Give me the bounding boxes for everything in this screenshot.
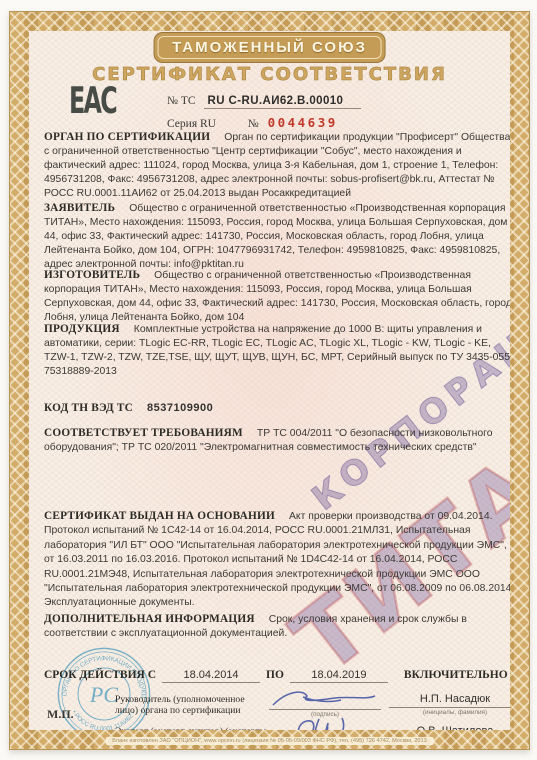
certificate-number-line: № ТСRU C-RU.АИ62.В.00010 (167, 95, 361, 107)
series-number: 0044639 (268, 115, 338, 130)
expert-name-text: О.В. Шатилова (389, 725, 510, 730)
head-name: Н.П. Насадюк (инициалы, фамилия) (389, 693, 510, 716)
name-caption: (инициалы, фамилия) (389, 709, 510, 716)
expert-name: О.В. Шатилова (инициалы, фамилия) (389, 725, 510, 730)
section-label: ПРОДУКЦИЯ (44, 323, 134, 335)
customs-union-badge: ТАМОЖЕННЫЙ СОЮЗ (153, 32, 386, 63)
section-label: ЗАЯВИТЕЛЬ (44, 202, 129, 214)
section-label: ОРГАН ПО СЕРТИФИКАЦИИ (44, 131, 224, 143)
stamp-monogram: РС (89, 682, 118, 707)
mp-seal-place-label: М.П. (47, 707, 74, 722)
validity-to-date: 18.04.2019 (290, 669, 388, 683)
section-applicant: ЗАЯВИТЕЛЬОбщество с ограниченной ответст… (44, 202, 510, 272)
expert-signature-ink (269, 715, 381, 730)
section-manufacturer: ИЗГОТОВИТЕЛЬОбщество с ограниченной отве… (44, 269, 510, 325)
section-label: СООТВЕТСТВУЕТ ТРЕБОВАНИЯМ (44, 427, 257, 439)
series-region: RU (200, 118, 216, 130)
certificate-title: СЕРТИФИКАТ СООТВЕТСТВИЯ (29, 64, 510, 85)
certificate-document: { "header": { "customs_union": "ТАМОЖЕНН… (0, 0, 537, 760)
series-line: Серия RU № 0044639 (167, 115, 338, 130)
section-certification-body: ОРГАН ПО СЕРТИФИКАЦИИОрган по сертификац… (44, 131, 510, 201)
section-label: КОД ТН ВЭД ТС (44, 402, 147, 414)
validity-from-date: 18.04.2014 (162, 669, 260, 683)
section-hs-code: КОД ТН ВЭД ТС8537109900 (44, 402, 510, 416)
customs-union-label: ТАМОЖЕННЫЙ СОЮЗ (157, 36, 382, 59)
head-name-text: Н.П. Насадюк (389, 693, 510, 708)
eac-mark-icon: ЕАС (69, 79, 116, 122)
section-label: ДОПОЛНИТЕЛЬНАЯ ИНФОРМАЦИЯ (44, 613, 269, 625)
section-label: ИЗГОТОВИТЕЛЬ (44, 269, 154, 281)
section-text: Акт проверки производства от 09.04.2014.… (44, 511, 510, 608)
validity-po: ПО (266, 669, 284, 681)
section-complies-with: СООТВЕТСТВУЕТ ТРЕБОВАНИЯМТР ТС 004/2011 … (44, 427, 510, 455)
ornamental-border: КОРПОРАЦИЯ ТИТАН ТАМОЖЕННЫЙ СОЮЗ ЕАС СЕР… (9, 11, 530, 750)
section-label: СЕРТИФИКАТ ВЫДАН НА ОСНОВАНИИ (44, 510, 289, 522)
hs-code-value: 8537109900 (147, 402, 213, 414)
series-label: Серия (167, 118, 197, 130)
series-no-sign: № (248, 118, 259, 130)
certificate-number: RU C-RU.АИ62.В.00010 (204, 95, 362, 109)
validity-inclusive: ВКЛЮЧИТЕЛЬНО (404, 669, 508, 681)
form-printer-fineprint: Бланк изготовлен ЗАО "ОПЦИОН", www.opcio… (105, 737, 434, 745)
section-products: ПРОДУКЦИЯКомплектные устройства на напря… (44, 323, 510, 379)
certificate-body: КОРПОРАЦИЯ ТИТАН ТАМОЖЕННЫЙ СОЮЗ ЕАС СЕР… (29, 31, 510, 730)
section-issued-on-basis: СЕРТИФИКАТ ВЫДАН НА ОСНОВАНИИАкт проверк… (44, 509, 510, 611)
expert-signature: (подпись) (269, 721, 381, 730)
head-signature-ink (269, 687, 381, 713)
head-signature: (подпись) (269, 689, 381, 718)
number-label: № ТС (167, 95, 196, 107)
